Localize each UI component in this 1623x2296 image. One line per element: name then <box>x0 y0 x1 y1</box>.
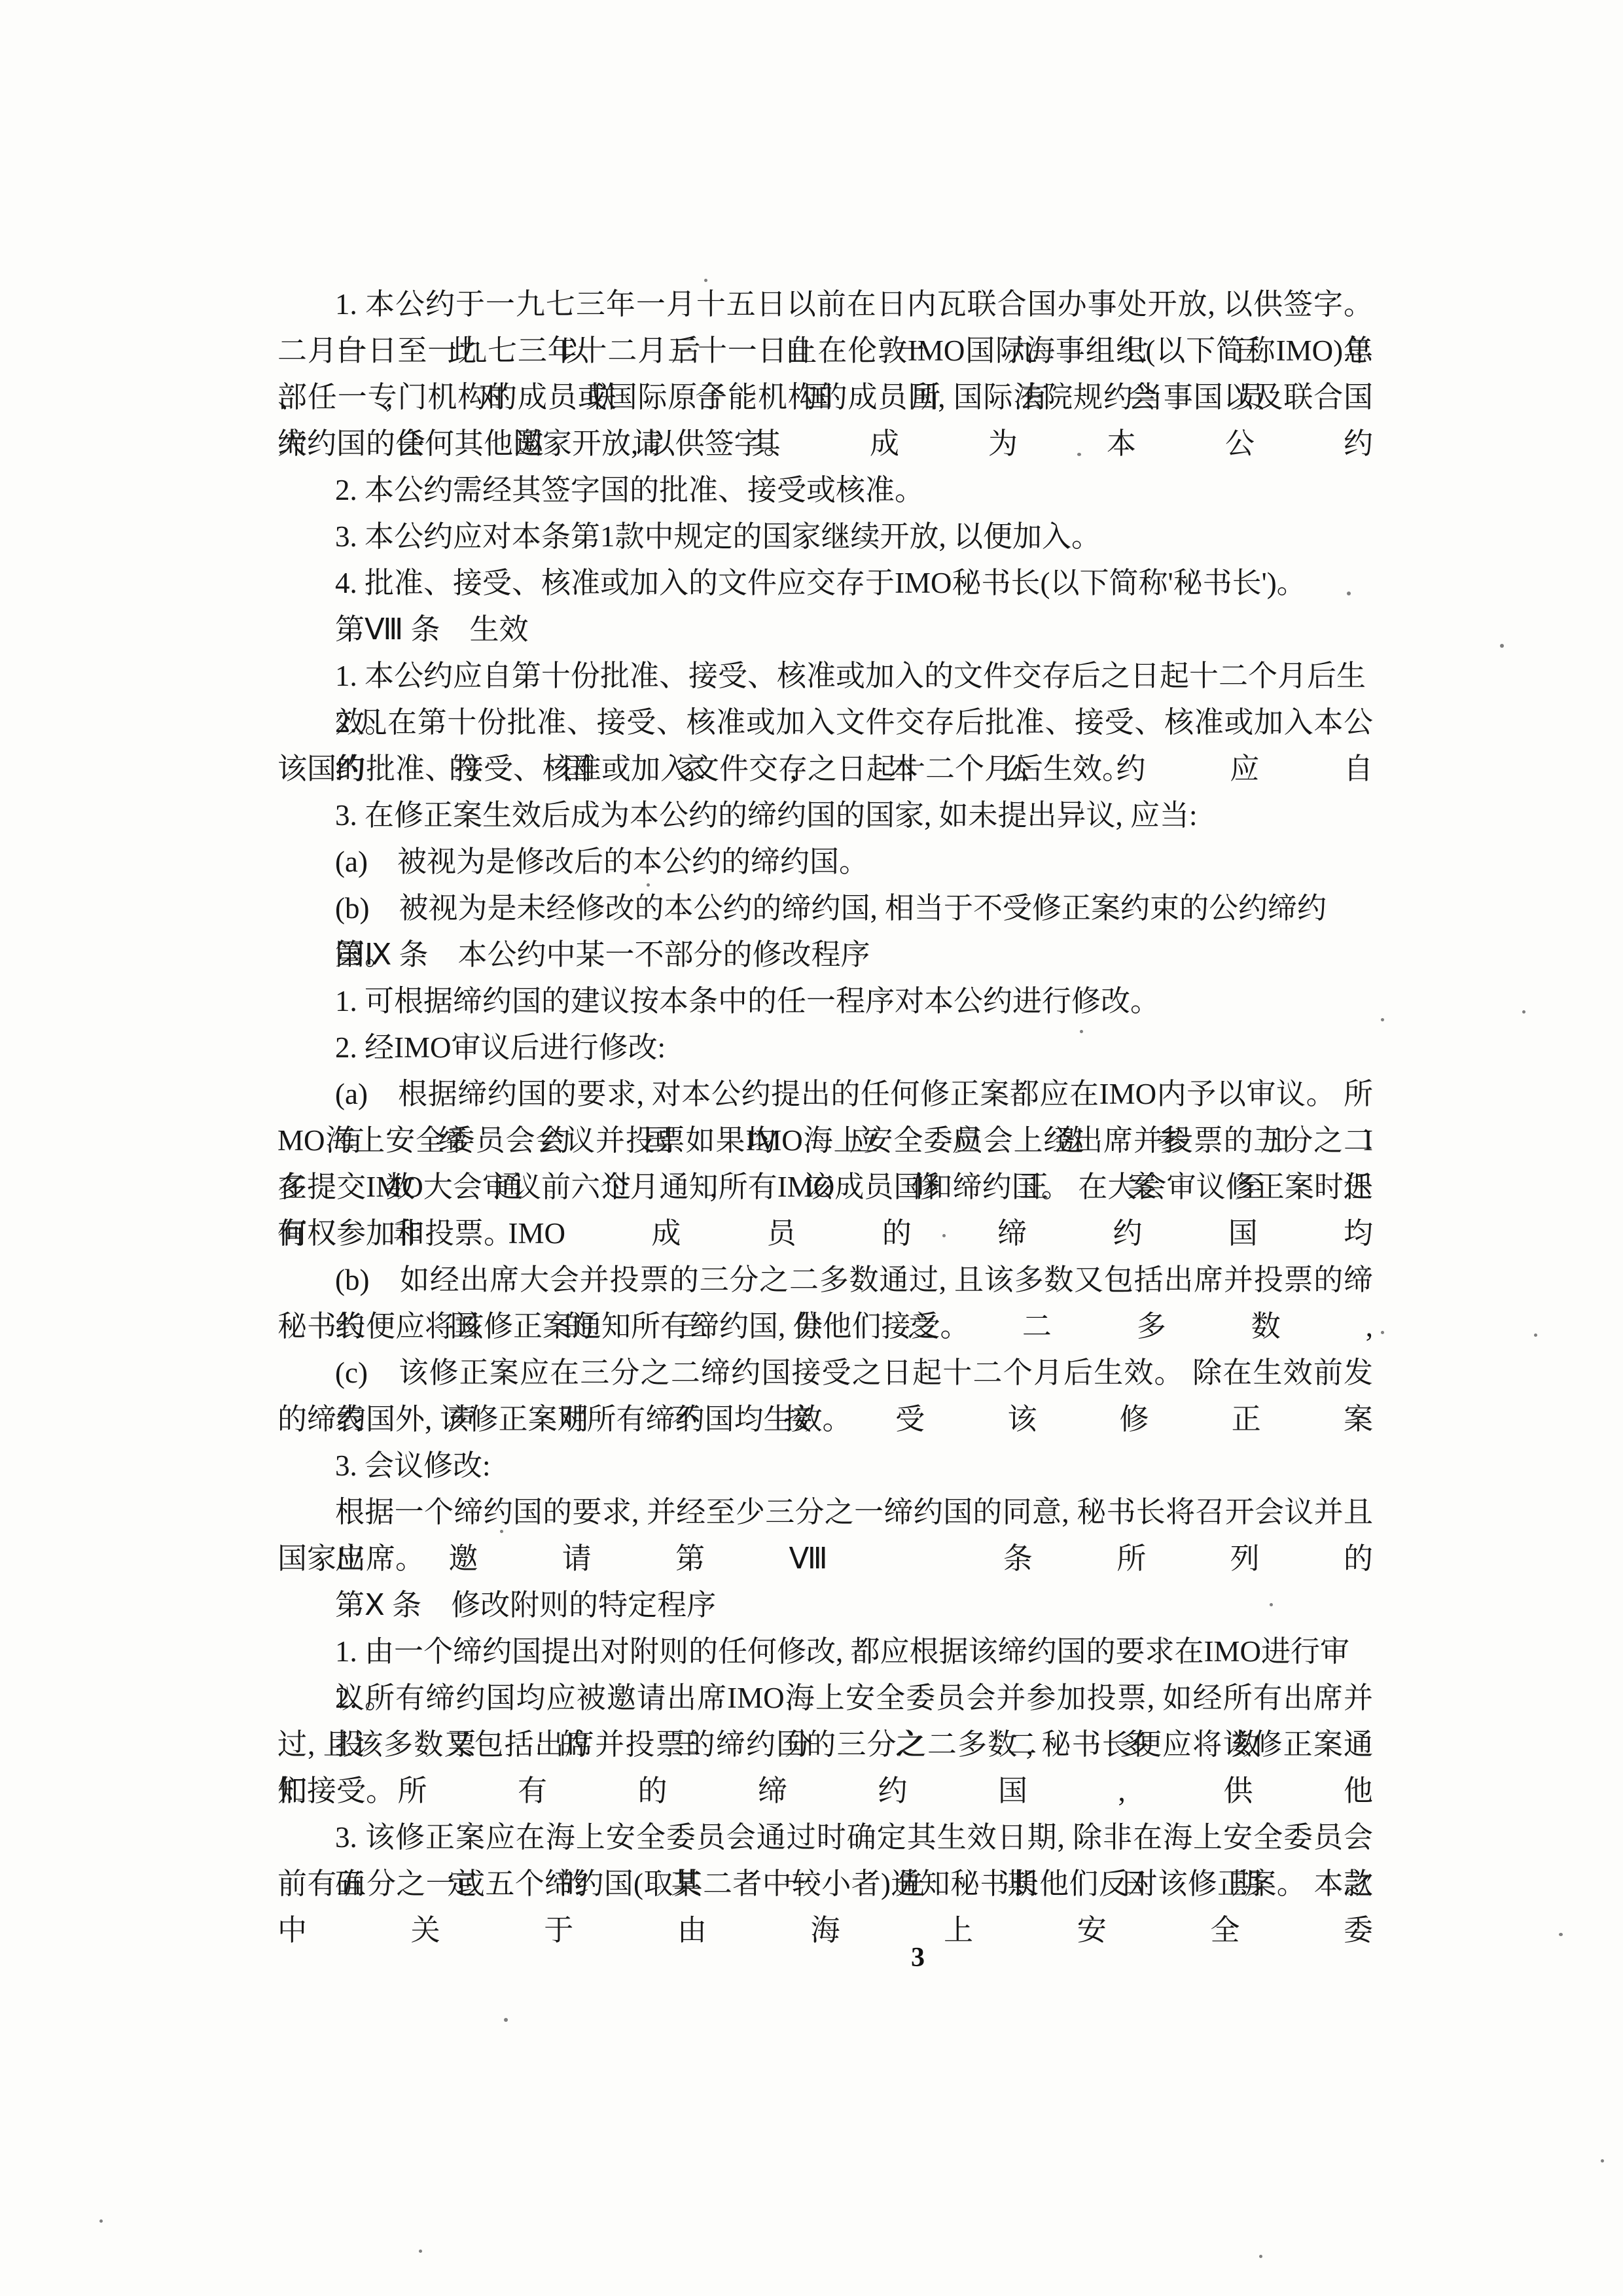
text-line: 2.凡在第十份批准、接受、核准或加入文件交存后批准、接受、核准或加入本公约的国家… <box>277 699 1373 746</box>
text-line: 2. 经IMO审议后进行修改: <box>277 1025 1373 1071</box>
scan-speck <box>1534 1333 1537 1337</box>
text-line: (a) 被视为是修改后的本公约的缔约国。 <box>277 839 1373 885</box>
scan-speck <box>1500 644 1504 648</box>
text-line: 前有五分之一或五个缔约国(取其二者中较小者)通知秘书长他们反对该修正案。 本款中… <box>277 1861 1373 1907</box>
scan-speck <box>1270 1603 1273 1606</box>
scan-speck <box>942 1234 946 1237</box>
text-line: (c) 该修正案应在三分之二缔约国接受之日起十二个月后生效。 除在生效前发表声明… <box>277 1350 1373 1396</box>
text-line: 3. 在修正案生效后成为本公约的缔约国的国家, 如未提出异议, 应当: <box>277 792 1373 839</box>
text-line: 3. 该修正案应在海上安全委员会通过时确定其生效日期, 除非在海上安全委员会确定… <box>277 1814 1373 1861</box>
scan-speck <box>99 2219 103 2223</box>
text-line: 2. 所有缔约国均应被邀请出席IMO海上安全委员会并参加投票, 如经所有出席并投… <box>277 1675 1373 1722</box>
scan-speck <box>647 883 650 887</box>
text-line: (a) 根据缔约国的要求, 对本公约提出的任何修正案都应在IMO内予以审议。 所… <box>277 1071 1373 1118</box>
text-line: 在提交IMO大会审议前六个月通知所有IMO成员国和缔约国。 在大会审议修正案时任… <box>277 1164 1373 1210</box>
text-line: 第Ⅹ 条 修改附则的特定程序 <box>277 1582 1373 1629</box>
text-line: 过, 且该多数又包括出席并投票的缔约国的三分之二多数 , 秘书长便应将该修正案通… <box>277 1722 1373 1768</box>
scan-speck <box>1559 1933 1563 1936</box>
text-line: 1. 本公约于一九七三年一月十五日以前在日内瓦联合国办事处开放, 以供签字。 自… <box>277 281 1373 328</box>
text-line: 二月一日至一九七三年十二月三十一日止在伦敦IMO国际海事组织(以下简称IMO)总… <box>277 328 1373 374</box>
text-line: 第Ⅷ 条 生效 <box>277 607 1373 653</box>
scan-speck <box>504 2018 508 2022</box>
text-line: MO海上安全委员会会议并投票如果IMO海上安全委员会上经出席并投票的三分之二多数… <box>277 1118 1373 1164</box>
text-line: 1. 本公约应自第十份批准、接受、核准或加入的文件交存后之日起十二个月后生效。 <box>277 653 1373 699</box>
text-line: (b) 被视为是未经修改的本公约的缔约国, 相当于不受修正案约束的公约缔约国。 <box>277 885 1373 932</box>
text-line: 1. 可根据缔约国的建议按本条中的任一程序对本公约进行修改。 <box>277 978 1373 1025</box>
text-line: 根据一个缔约国的要求, 并经至少三分之一缔约国的同意, 秘书长将召开会议并且应邀… <box>277 1489 1373 1536</box>
text-line: 3. 会议修改: <box>277 1443 1373 1489</box>
scan-speck <box>1601 2159 1604 2163</box>
text-line: 2. 本公约需经其签字国的批准、接受或核准。 <box>277 467 1373 514</box>
scan-speck <box>1381 1018 1384 1021</box>
text-line: 第Ⅸ 条 本公约中某一不部分的修改程序 <box>277 932 1373 978</box>
scan-speck <box>1522 1010 1525 1014</box>
scan-speck <box>1347 592 1351 595</box>
text-line: 、任一专门机构的成员或国际原子能机构的成员国, 国际法院规约当事国以及联合国大会… <box>277 374 1373 421</box>
text-line: 1. 由一个缔约国提出对附则的任何修改, 都应根据该缔约国的要求在IMO进行审议… <box>277 1629 1373 1675</box>
text-line: 4. 批准、接受、核准或加入的文件应交存于IMO秘书长(以下简称'秘书长')。 <box>277 560 1373 607</box>
scan-speck <box>1259 2255 1262 2258</box>
document-body: 1. 本公约于一九七三年一月十五日以前在日内瓦联合国办事处开放, 以供签字。 自… <box>277 281 1373 1907</box>
scan-speck <box>1077 453 1081 456</box>
text-line: 3. 本公约应对本条第1款中规定的国家继续开放, 以便加入。 <box>277 514 1373 560</box>
page-number: 3 <box>911 1942 925 1973</box>
scan-speck <box>419 2250 422 2253</box>
scan-speck <box>704 279 707 282</box>
text-line: (b) 如经出席大会并投票的三分之二多数通过, 且该多数又包括出席并投票的缔约国… <box>277 1257 1373 1303</box>
scan-speck <box>500 1530 503 1533</box>
scanned-document-page: 1. 本公约于一九七三年一月十五日以前在日内瓦联合国办事处开放, 以供签字。 自… <box>0 0 1623 2296</box>
scan-speck <box>1080 1030 1083 1033</box>
scan-speck <box>1381 1331 1384 1334</box>
